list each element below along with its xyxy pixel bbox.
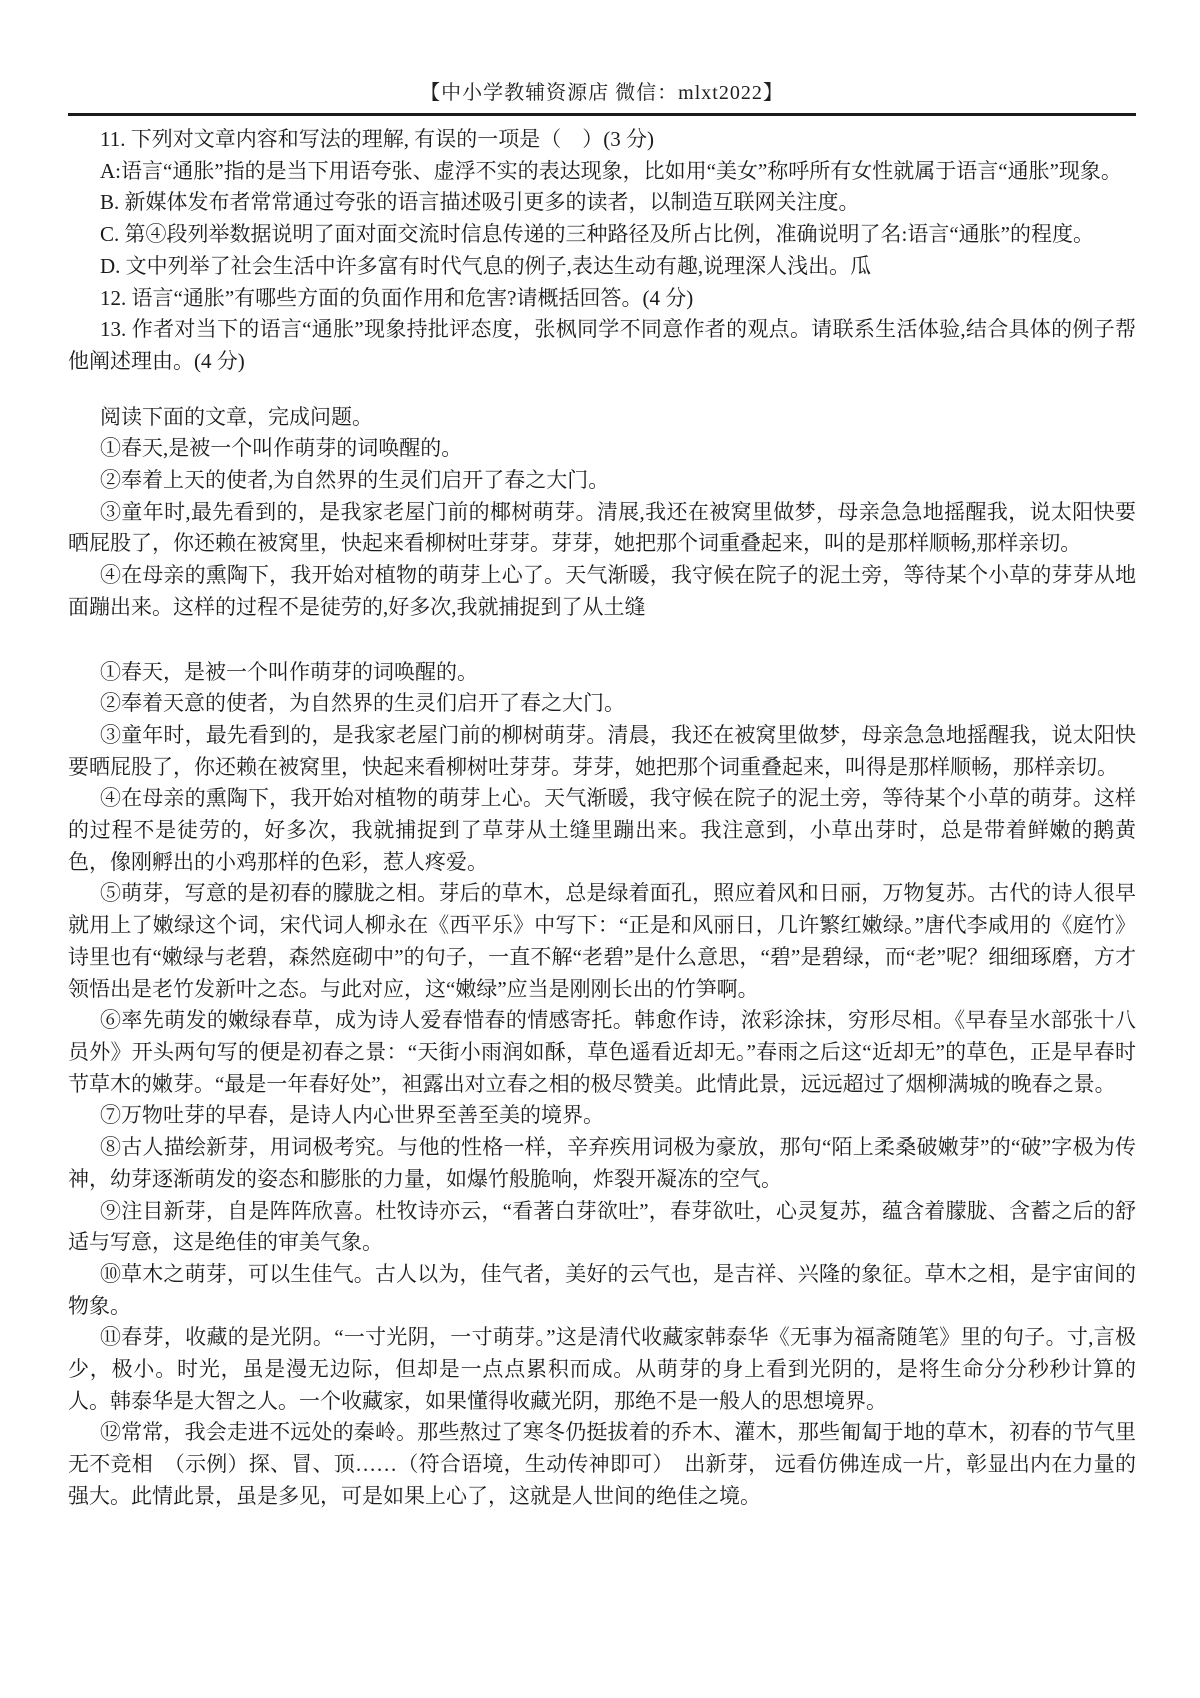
essay-paragraph-2: ②奉着天意的使者，为自然界的生灵们启开了春之大门。 [68, 688, 1136, 720]
question-11: 11. 下列对文章内容和写法的理解, 有误的一项是（ ）(3 分) [68, 124, 1136, 156]
header-divider [68, 113, 1136, 116]
essay-paragraph-1: ①春天，是被一个叫作萌芽的词唤醒的。 [68, 657, 1136, 689]
essay-paragraph-3: ③童年时，最先看到的，是我家老屋门前的柳树萌芽。清晨，我还在被窝里做梦，母亲急急… [68, 720, 1136, 783]
essay-paragraph-4: ④在母亲的熏陶下，我开始对植物的萌芽上心。天气渐暖，我守候在院子的泥土旁，等待某… [68, 783, 1136, 878]
essay-paragraph-9: ⑨注目新芽，自是阵阵欣喜。杜牧诗亦云，“看著白芽欲吐”，春芽欲吐，心灵复苏，蕴含… [68, 1196, 1136, 1259]
reading-instruction: 阅读下面的文章，完成问题。 [68, 402, 1136, 434]
excerpt-paragraph-1: ①春天,是被一个叫作萌芽的词唤醒的。 [68, 433, 1136, 465]
excerpt-paragraph-4: ④在母亲的熏陶下，我开始对植物的萌芽上心了。天气渐暖，我守候在院子的泥土旁，等待… [68, 560, 1136, 623]
essay-paragraph-12: ⑫常常，我会走进不远处的秦岭。那些熬过了寒冬仍挺拔着的乔木、灌木，那些匍匐于地的… [68, 1417, 1136, 1512]
essay-paragraph-10: ⑩草木之萌芽，可以生佳气。古人以为，佳气者，美好的云气也，是吉祥、兴隆的象征。草… [68, 1259, 1136, 1322]
question-11-option-d: D. 文中列举了社会生活中许多富有时代气息的例子,表达生动有趣,说理深人浅出。瓜 [68, 251, 1136, 283]
question-11-option-c: C. 第④段列举数据说明了面对面交流时信息传递的三种路径及所占比例，准确说明了名… [68, 219, 1136, 251]
essay-paragraph-5: ⑤萌芽，写意的是初春的朦胧之相。芽后的草木，总是绿着面孔，照应着风和日丽，万物复… [68, 878, 1136, 1005]
excerpt-paragraph-2: ②奉着上天的使者,为自然界的生灵们启开了春之大门。 [68, 465, 1136, 497]
essay-paragraph-11: ⑪春芽，收藏的是光阴。“一寸光阴，一寸萌芽。”这是清代收藏家韩泰华《无事为福斋随… [68, 1322, 1136, 1417]
excerpt-paragraph-3: ③童年时,最先看到的，是我家老屋门前的椰树萌芽。清展,我还在被窝里做梦，母亲急急… [68, 497, 1136, 560]
question-11-option-b: B. 新媒体发布者常常通过夸张的语言描述吸引更多的读者，以制造互联网关注度。 [68, 187, 1136, 219]
question-12: 12. 语言“通胀”有哪些方面的负面作用和危害?请概括回答。(4 分) [68, 283, 1136, 315]
essay-paragraph-6: ⑥率先萌发的嫩绿春草，成为诗人爱春惜春的情感寄托。韩愈作诗，浓彩涂抹，穷形尽相。… [68, 1005, 1136, 1100]
question-11-option-a: A:语言“通胀”指的是当下用语夸张、虚浮不实的表达现象，比如用“美女”称呼所有女… [68, 156, 1136, 188]
exam-page: 【中小学教辅资源店 微信：mlxt2022】 11. 下列对文章内容和写法的理解… [0, 0, 1200, 1698]
exam-body: 11. 下列对文章内容和写法的理解, 有误的一项是（ ）(3 分) A:语言“通… [68, 124, 1136, 1513]
essay-paragraph-8: ⑧古人描绘新芽，用词极考究。与他的性格一样，辛弃疾用词极为豪放，那句“陌上柔桑破… [68, 1132, 1136, 1195]
essay-paragraph-7: ⑦万物吐芽的早春，是诗人内心世界至善至美的境界。 [68, 1100, 1136, 1132]
question-13: 13. 作者对当下的语言“通胀”现象持批评态度，张枫同学不同意作者的观点。请联系… [68, 314, 1136, 377]
watermark-header: 【中小学教辅资源店 微信：mlxt2022】 [68, 80, 1136, 106]
